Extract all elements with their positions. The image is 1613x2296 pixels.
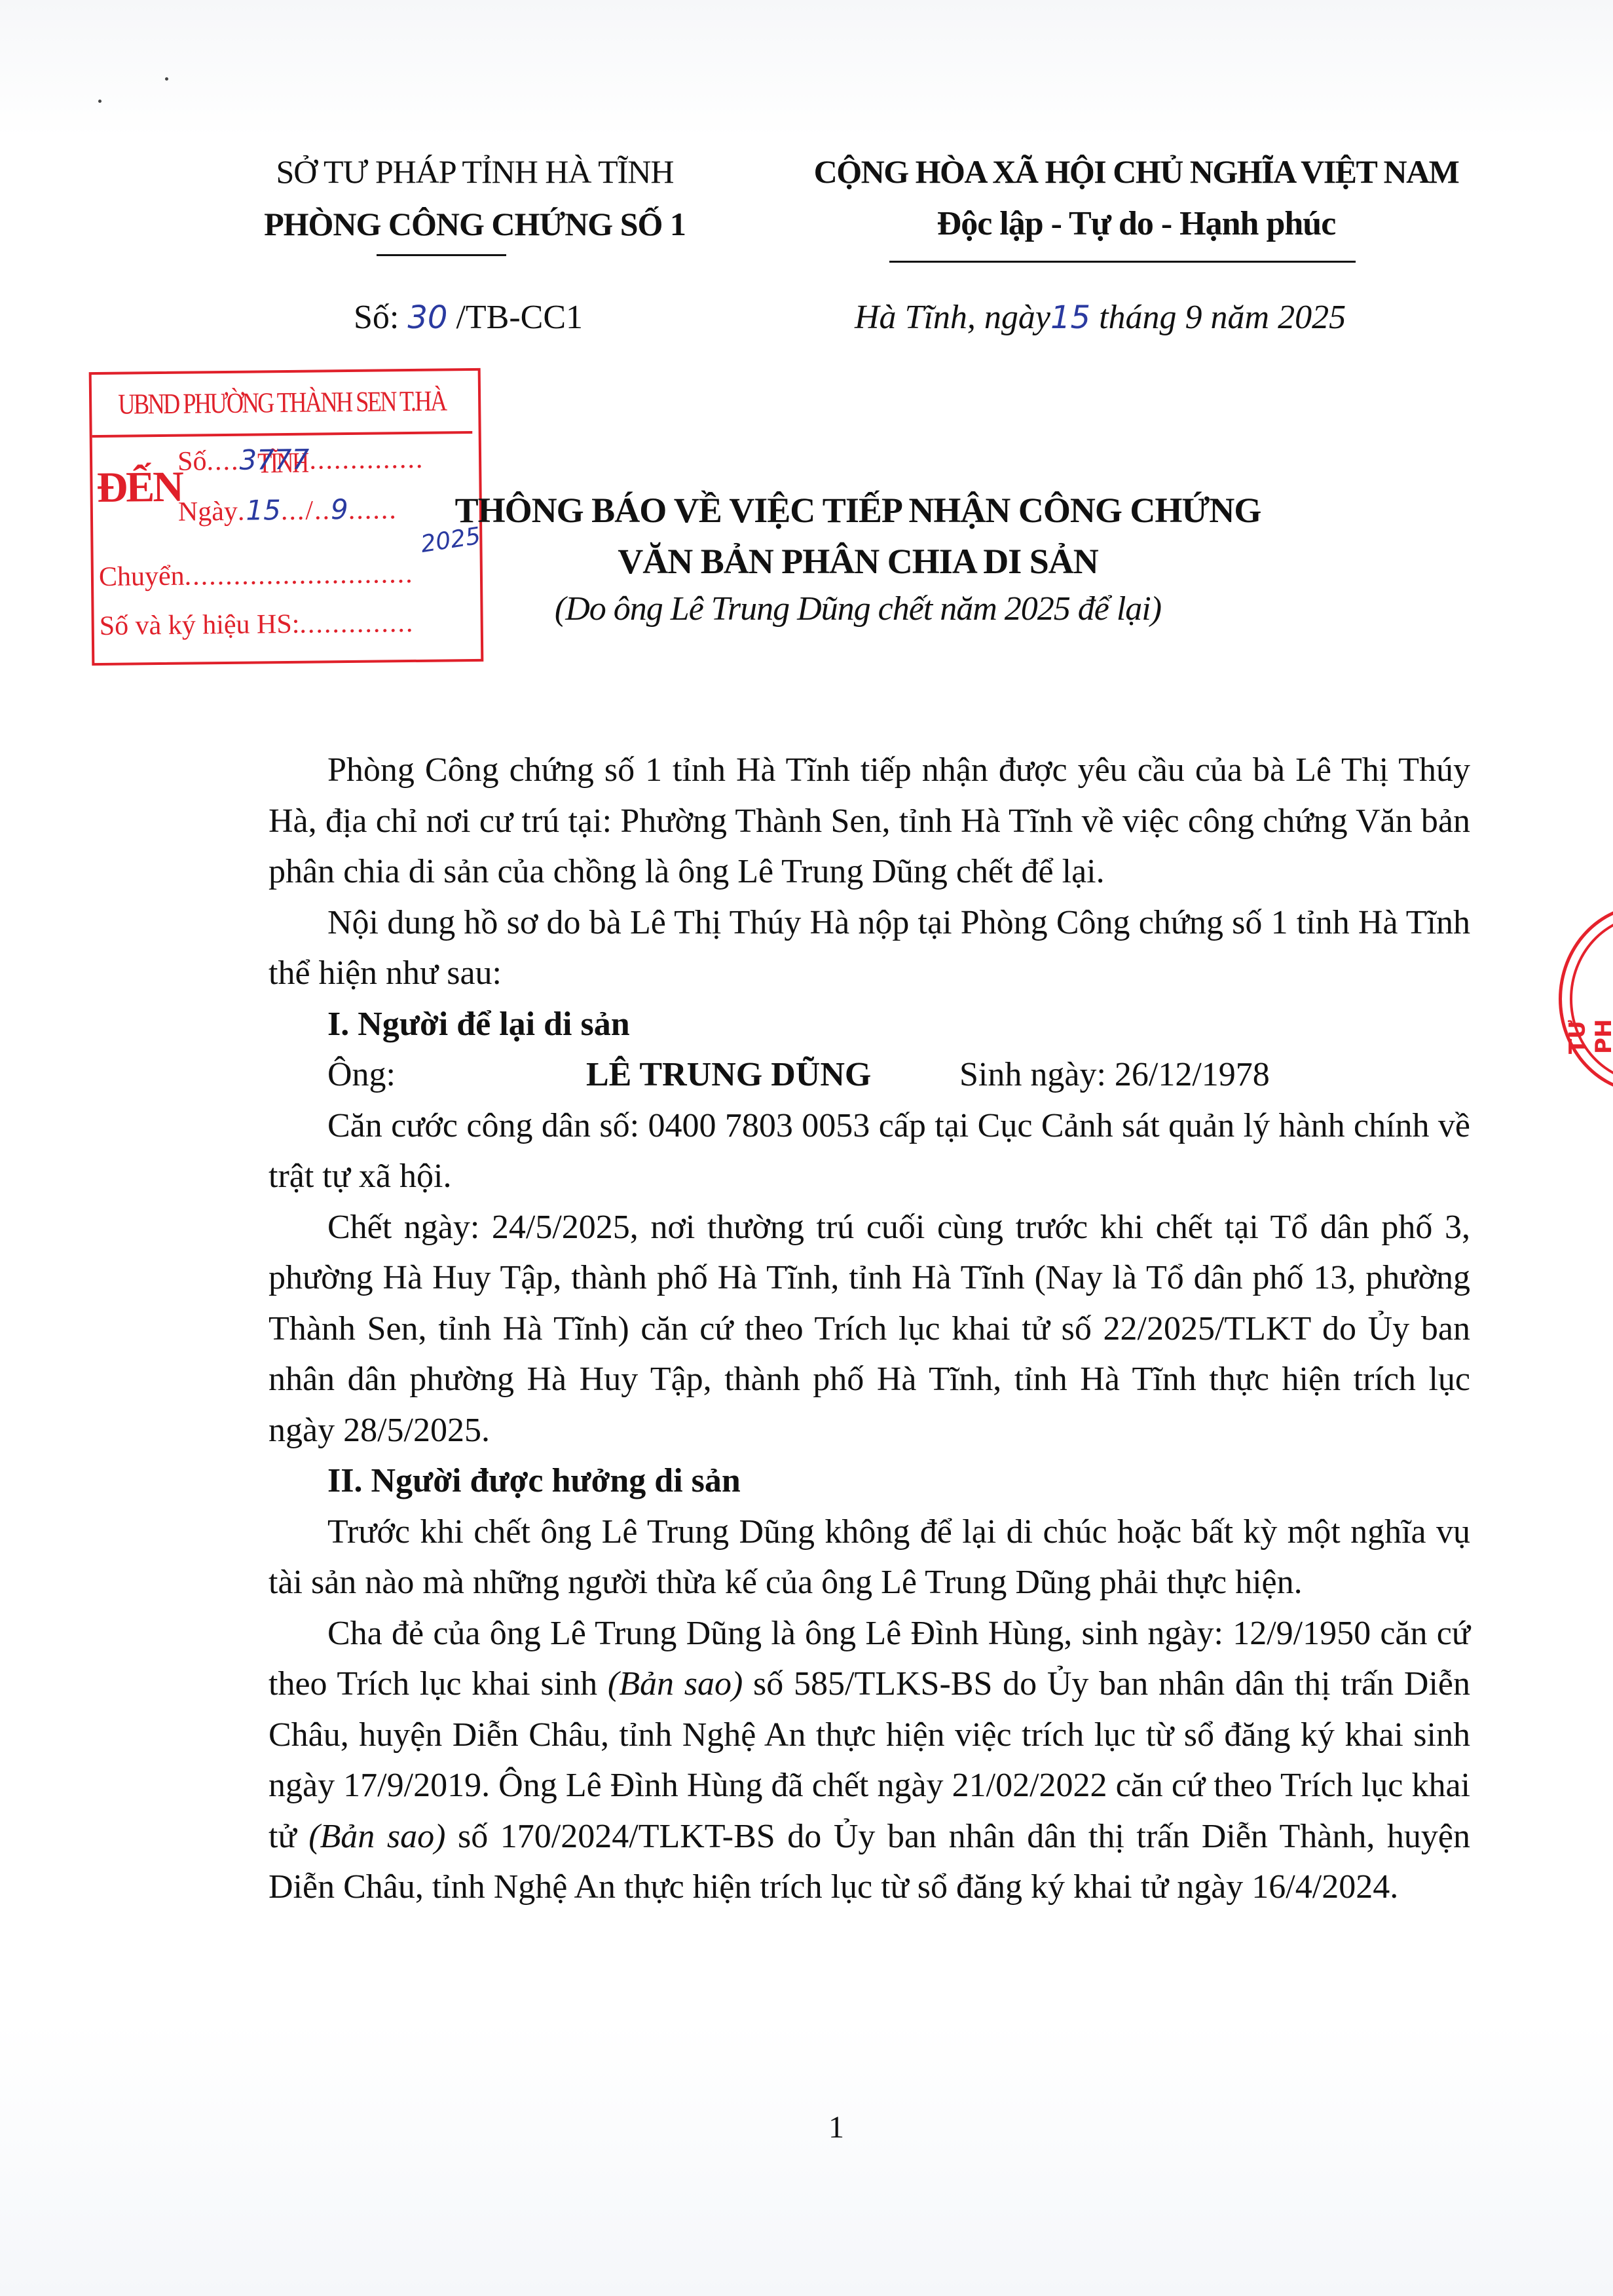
paragraph-request: Phòng Công chứng số 1 tỉnh Hà Tĩnh tiếp … <box>269 745 1470 897</box>
scan-speck <box>98 100 102 103</box>
country-name: CỘNG HÒA XÃ HỘI CHỦ NGHĨA VIỆT NAM <box>760 145 1513 198</box>
stamp-ngay-label: Ngày <box>178 497 238 527</box>
stamp-so-row: Số....3777.............. <box>177 442 424 478</box>
doc-number-prefix: Số: <box>354 299 407 336</box>
father-text-c: số 170/2024/TLKT-BS do Ủy ban nhân dân t… <box>269 1818 1470 1906</box>
stamp-so-value: 3777 <box>239 443 309 476</box>
section-heading-deceased: I. Người để lại di sản <box>269 999 1470 1050</box>
deceased-birthdate: Sinh ngày: 26/12/1978 <box>959 1049 1470 1101</box>
issuing-agency-header: SỞ TƯ PHÁP TỈNH HÀ TĨNH PHÒNG CÔNG CHỨNG… <box>196 145 753 250</box>
scan-speck <box>165 77 168 81</box>
stamp-den-label: ĐẾN <box>96 462 182 513</box>
document-date: Hà Tĩnh, ngày15 tháng 9 năm 2025 <box>855 298 1346 337</box>
deceased-info-row: Ông: LÊ TRUNG DŨNG Sinh ngày: 26/12/1978 <box>269 1049 1470 1101</box>
paragraph-father: Cha đẻ của ông Lê Trung Dũng là ông Lê Đ… <box>269 1608 1470 1913</box>
paragraph-no-will: Trước khi chết ông Lê Trung Dũng không đ… <box>269 1507 1470 1608</box>
agency-underline <box>377 254 506 256</box>
agency-parent: SỞ TƯ PHÁP TỈNH HÀ TĨNH <box>196 145 753 198</box>
agency-name: PHÒNG CÔNG CHỨNG SỐ 1 <box>196 198 753 250</box>
doc-number-suffix: /TB-CC1 <box>447 299 583 336</box>
page-number: 1 <box>828 2109 844 2145</box>
notice-subtitle: (Do ông Lê Trung Dũng chết năm 2025 để l… <box>419 590 1297 628</box>
document-page: SỞ TƯ PHÁP TỈNH HÀ TĨNH PHÒNG CÔNG CHỨNG… <box>0 0 1613 2296</box>
paragraph-death: Chết ngày: 24/5/2025, nơi thường trú cuố… <box>269 1202 1470 1456</box>
paragraph-id-card: Căn cước công dân số: 0400 7803 0053 cấp… <box>269 1101 1470 1202</box>
notice-title-line1: THÔNG BÁO VỀ VIỆC TIẾP NHẬN CÔNG CHỨNG <box>419 490 1297 531</box>
father-copy-note-2: (Bản sao) <box>308 1818 445 1855</box>
seal-text: TƯ PH <box>1565 1009 1613 1054</box>
notice-title-line2: VĂN BẢN PHÂN CHIA DI SẢN <box>419 541 1297 582</box>
date-day-handwritten: 15 <box>1050 299 1090 336</box>
national-motto-header: CỘNG HÒA XÃ HỘI CHỦ NGHĨA VIỆT NAM Độc l… <box>760 145 1513 250</box>
stamp-chuyen-row: Chuyển............................ <box>99 558 414 593</box>
motto-underline <box>889 261 1356 263</box>
stamp-hs-row: Số và ký hiệu HS:.............. <box>99 607 414 642</box>
stamp-chuyen-label: Chuyển <box>99 561 185 592</box>
document-body: Phòng Công chứng số 1 tỉnh Hà Tĩnh tiếp … <box>269 745 1470 1913</box>
stamp-organization: UBND PHƯỜNG THÀNH SEN T.HÀ TĨNH <box>92 371 473 438</box>
official-seal-partial <box>1559 904 1613 1094</box>
paragraph-dossier: Nội dung hồ sơ do bà Lê Thị Thúy Hà nộp … <box>269 897 1470 999</box>
stamp-hs-label: Số và ký hiệu HS: <box>99 609 299 641</box>
father-copy-note-1: (Bản sao) <box>608 1665 743 1703</box>
national-motto: Độc lập - Tự do - Hạnh phúc <box>760 198 1513 250</box>
stamp-ngay-day: 15 <box>246 494 281 527</box>
stamp-ngay-row: Ngày.15.../..9...... <box>178 493 398 528</box>
doc-number-handwritten: 30 <box>407 299 447 336</box>
document-number: Số: 30 /TB-CC1 <box>354 298 583 337</box>
section-heading-heirs: II. Người được hưởng di sản <box>269 1456 1470 1507</box>
stamp-ngay-month: 9 <box>331 493 348 525</box>
stamp-so-label: Số <box>177 446 207 476</box>
date-prefix: Hà Tĩnh, ngày <box>855 299 1050 336</box>
deceased-title: Ông: <box>327 1049 586 1101</box>
deceased-name: LÊ TRUNG DŨNG <box>586 1049 959 1101</box>
date-suffix: tháng 9 năm 2025 <box>1090 299 1346 336</box>
